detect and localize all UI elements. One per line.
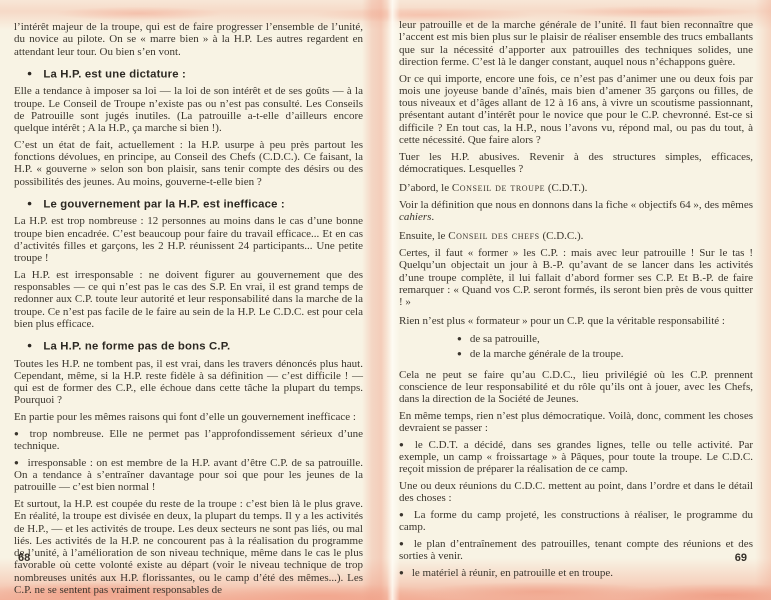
bullet-icon: ● bbox=[457, 334, 470, 343]
italic-run: cahiers bbox=[399, 211, 431, 223]
text-run: (C.D.T.). bbox=[545, 182, 587, 194]
heading-text: La H.P. est une dictature : bbox=[43, 68, 186, 80]
paragraph: Tuer les H.P. abusives. Revenir à des st… bbox=[399, 151, 753, 176]
paragraph-objectifs-64: Voir la définition que nous en donnons d… bbox=[399, 199, 753, 224]
paragraph: La H.P. est trop nombreuse : 12 personne… bbox=[14, 215, 363, 264]
heading-text: La H.P. ne forme pas de bons C.P. bbox=[43, 341, 230, 353]
page-68-column: l’intérêt majeur de la troupe, qui est d… bbox=[14, 21, 363, 596]
paragraph: Cela ne peut se faire qu’au C.D.C., lieu… bbox=[399, 369, 753, 406]
text-run: Voir la définition que nous en donnons d… bbox=[399, 199, 753, 211]
section-heading-forme-cp: ●La H.P. ne forme pas de bons C.P. bbox=[27, 339, 363, 354]
paragraph: C’est un état de fait, actuellement : la… bbox=[14, 139, 363, 188]
bullet-text: le matériel à réunir, en patrouille et e… bbox=[412, 567, 613, 579]
text-run: (C.D.C.). bbox=[540, 230, 584, 242]
paragraph: Une ou deux réunions du C.D.C. mettent a… bbox=[399, 480, 753, 505]
bullet-text: La forme du camp projeté, les constructi… bbox=[399, 509, 753, 533]
paragraph: En même temps, rien n’est plus démocrati… bbox=[399, 410, 753, 435]
paragraph: leur patrouille et de la marche générale… bbox=[399, 19, 753, 68]
bullet-item: ●le matériel à réunir, en patrouille et … bbox=[399, 567, 753, 579]
text-run: D’abord, le bbox=[399, 182, 452, 194]
bullet-icon: ● bbox=[399, 510, 414, 519]
text-run: Ensuite, le bbox=[399, 230, 448, 242]
bullet-icon: ● bbox=[27, 340, 43, 350]
paragraph: Rien n’est plus « formateur » pour un C.… bbox=[399, 315, 753, 327]
sub-bullet-item: ●de la marche générale de la troupe. bbox=[457, 347, 753, 362]
paragraph: Toutes les H.P. ne tombent pas, il est v… bbox=[14, 358, 363, 407]
bullet-item: ●le plan d’entraînement des patrouilles,… bbox=[399, 538, 753, 563]
sub-bullet-item: ●de sa patrouille, bbox=[457, 332, 753, 347]
bullet-icon: ● bbox=[399, 568, 412, 577]
bullet-text: de la marche générale de la troupe. bbox=[470, 348, 624, 360]
bullet-item: ●irresponsable : on est membre de la H.P… bbox=[14, 457, 363, 494]
bullet-icon: ● bbox=[457, 349, 470, 358]
page-69-column: leur patrouille et de la marche générale… bbox=[399, 19, 753, 579]
paragraph: En partie pour les mêmes raisons qui fon… bbox=[14, 411, 363, 423]
bullet-text: le C.D.T. a décidé, dans ses grandes lig… bbox=[399, 439, 753, 476]
bullet-text: irresponsable : on est membre de la H.P.… bbox=[14, 457, 363, 494]
text-run: . bbox=[431, 211, 434, 223]
bullet-text: le plan d’entraînement des patrouilles, … bbox=[399, 538, 753, 562]
paragraph: l’intérêt majeur de la troupe, qui est d… bbox=[14, 21, 363, 58]
scan-tint-right-edge bbox=[755, 0, 771, 600]
heading-text: Le gouvernement par la H.P. est ineffica… bbox=[43, 198, 285, 210]
section-heading-dictature: ●La H.P. est une dictature : bbox=[27, 67, 363, 82]
bullet-text: trop nombreuse. Elle ne permet pas l’app… bbox=[14, 428, 363, 452]
paragraph: Certes, il faut « former » les C.P. : ma… bbox=[399, 247, 753, 308]
bullet-icon: ● bbox=[14, 458, 28, 467]
bullet-icon: ● bbox=[14, 429, 30, 438]
line-conseil-de-troupe: D’abord, le Conseil de troupe (C.D.T.). bbox=[399, 182, 753, 194]
paragraph: Or ce qui importe, encore une fois, ce n… bbox=[399, 73, 753, 147]
scan-tint-page-gutter bbox=[362, 0, 400, 600]
bullet-icon: ● bbox=[399, 440, 415, 449]
smallcaps-run: Conseil des chefs bbox=[448, 230, 540, 242]
line-conseil-des-chefs: Ensuite, le Conseil des chefs (C.D.C.). bbox=[399, 230, 753, 242]
section-heading-gouvernement: ●Le gouvernement par la H.P. est ineffic… bbox=[27, 197, 363, 212]
page-number-right: 69 bbox=[735, 552, 747, 564]
page-number-left: 68 bbox=[18, 552, 30, 564]
paragraph: Elle a tendance à imposer sa loi — la lo… bbox=[14, 85, 363, 134]
bullet-item: ●La forme du camp projeté, les construct… bbox=[399, 509, 753, 534]
bullet-icon: ● bbox=[27, 198, 43, 208]
smallcaps-run: Conseil de troupe bbox=[452, 182, 545, 194]
paragraph: Et surtout, la H.P. est coupée du reste … bbox=[14, 498, 363, 596]
scanned-book-spread: { "icons": { "bullet": "●" }, "page68": … bbox=[0, 0, 771, 600]
bullet-icon: ● bbox=[399, 539, 414, 548]
bullet-item: ●le C.D.T. a décidé, dans ses grandes li… bbox=[399, 439, 753, 476]
bullet-text: de sa patrouille, bbox=[470, 333, 540, 345]
bullet-icon: ● bbox=[27, 68, 43, 78]
bullet-item: ●trop nombreuse. Elle ne permet pas l’ap… bbox=[14, 428, 363, 453]
paragraph: La H.P. est irresponsable : ne doivent f… bbox=[14, 269, 363, 330]
